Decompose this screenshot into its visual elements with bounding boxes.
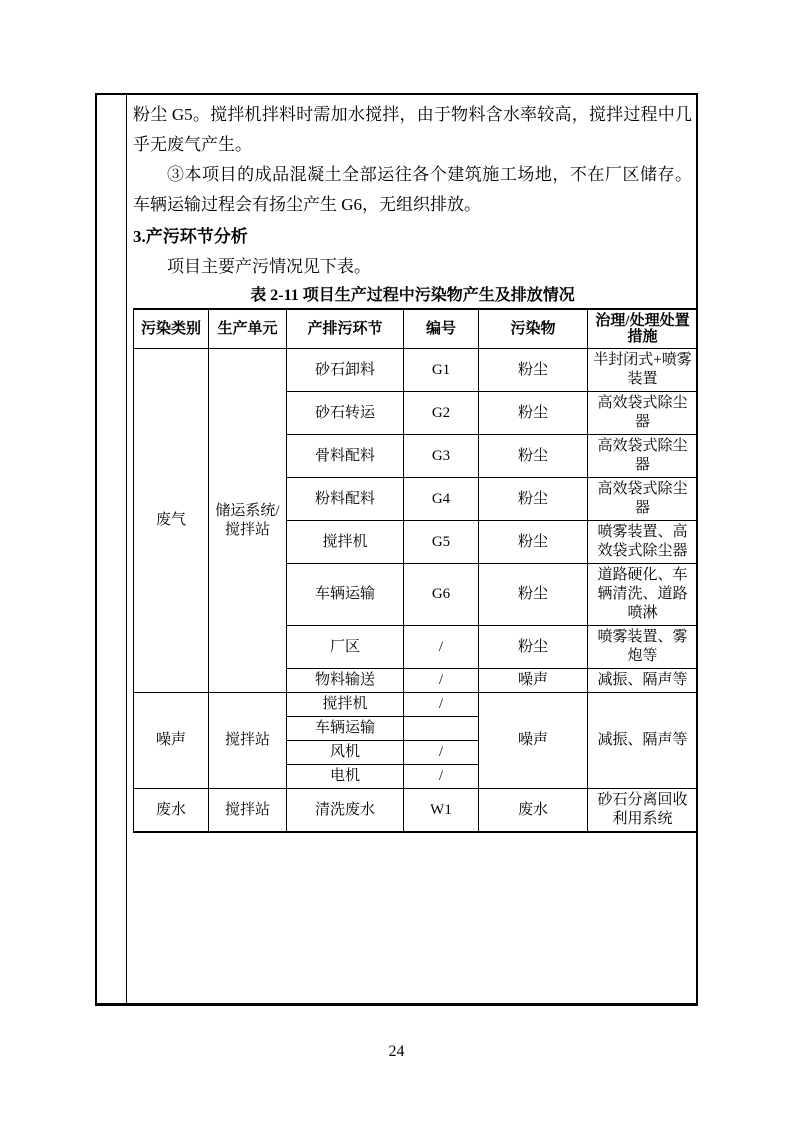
table-row: 废水搅拌站清洗废水W1废水砂石分离回收利用系统 <box>134 789 697 833</box>
table-cell: 噪声 <box>479 693 588 789</box>
paragraph-concrete-transport: ③本项目的成品混凝土全部运往各个建筑施工场地，不在厂区储存。车辆运输过程会有扬尘… <box>133 160 692 220</box>
table-cell: 粉尘 <box>479 564 588 626</box>
column-header: 治理/处理处置措施 <box>588 309 697 349</box>
table-cell: 搅拌站 <box>209 693 287 789</box>
table-cell: 废气 <box>134 349 209 693</box>
content-area: 粉尘 G5。搅拌机拌料时需加水搅拌，由于物料含水率较高，搅拌过程中几乎无废气产生… <box>127 95 696 1003</box>
table-cell: 高效袋式除尘器 <box>588 478 697 521</box>
table-cell: G4 <box>404 478 479 521</box>
table-cell <box>404 717 479 741</box>
table-cell: G2 <box>404 392 479 435</box>
column-header: 编号 <box>404 309 479 349</box>
table-cell: 噪声 <box>479 669 588 693</box>
page-frame: 粉尘 G5。搅拌机拌料时需加水搅拌，由于物料含水率较高，搅拌过程中几乎无废气产生… <box>95 93 698 1006</box>
table-cell: 厂区 <box>287 626 404 669</box>
table-cell: 搅拌机 <box>287 693 404 717</box>
table-cell: / <box>404 693 479 717</box>
column-header: 生产单元 <box>209 309 287 349</box>
table-cell: 高效袋式除尘器 <box>588 435 697 478</box>
table-cell: 减振、隔声等 <box>588 669 697 693</box>
table-cell: 粉尘 <box>479 349 588 392</box>
table-cell: / <box>404 741 479 765</box>
table-cell: 搅拌机 <box>287 521 404 564</box>
table-cell: 车辆运输 <box>287 564 404 626</box>
table-body: 废气储运系统/搅拌站砂石卸料G1粉尘半封闭式+喷雾装置砂石转运G2粉尘高效袋式除… <box>134 349 697 833</box>
table-cell: / <box>404 669 479 693</box>
table-cell: 物料输送 <box>287 669 404 693</box>
table-cell: 粉尘 <box>479 626 588 669</box>
paragraph-dust-g5: 粉尘 G5。搅拌机拌料时需加水搅拌，由于物料含水率较高，搅拌过程中几乎无废气产生… <box>133 100 692 160</box>
table-cell: 粉料配料 <box>287 478 404 521</box>
column-header: 污染类别 <box>134 309 209 349</box>
table-cell: 粉尘 <box>479 478 588 521</box>
document-page: 粉尘 G5。搅拌机拌料时需加水搅拌，由于物料含水率较高，搅拌过程中几乎无废气产生… <box>0 0 793 1122</box>
table-cell: 搅拌站 <box>209 789 287 833</box>
table-cell: 砂石转运 <box>287 392 404 435</box>
table-cell: 清洗废水 <box>287 789 404 833</box>
table-cell: 风机 <box>287 741 404 765</box>
table-cell: G5 <box>404 521 479 564</box>
table-cell: 粉尘 <box>479 435 588 478</box>
table-cell: 喷雾装置、雾炮等 <box>588 626 697 669</box>
table-cell: 喷雾装置、高效袋式除尘器 <box>588 521 697 564</box>
table-cell: G3 <box>404 435 479 478</box>
table-row: 废气储运系统/搅拌站砂石卸料G1粉尘半封闭式+喷雾装置 <box>134 349 697 392</box>
section-heading: 3.产污环节分析 <box>133 222 692 252</box>
table-cell: 粉尘 <box>479 392 588 435</box>
table-cell: 骨料配料 <box>287 435 404 478</box>
table-cell: 道路硬化、车辆清洗、道路喷淋 <box>588 564 697 626</box>
table-cell: / <box>404 765 479 789</box>
table-cell: 噪声 <box>134 693 209 789</box>
lead-in-text: 项目主要产污情况见下表。 <box>133 252 692 282</box>
table-cell: 减振、隔声等 <box>588 693 697 789</box>
table-cell: G1 <box>404 349 479 392</box>
page-number: 24 <box>0 1042 793 1062</box>
left-margin-column <box>97 95 127 1003</box>
table-caption: 表 2-11 项目生产过程中污染物产生及排放情况 <box>133 285 692 307</box>
table-header-row: 污染类别生产单元产排污环节编号污染物治理/处理处置措施 <box>134 309 697 349</box>
table-cell: 电机 <box>287 765 404 789</box>
table-cell: / <box>404 626 479 669</box>
table-row: 噪声搅拌站搅拌机/噪声减振、隔声等 <box>134 693 697 717</box>
table-cell: 车辆运输 <box>287 717 404 741</box>
pollution-table: 污染类别生产单元产排污环节编号污染物治理/处理处置措施 废气储运系统/搅拌站砂石… <box>133 308 696 833</box>
table-cell: 半封闭式+喷雾装置 <box>588 349 697 392</box>
table-cell: 砂石卸料 <box>287 349 404 392</box>
table-cell: 废水 <box>134 789 209 833</box>
table-cell: W1 <box>404 789 479 833</box>
table-cell: G6 <box>404 564 479 626</box>
column-header: 产排污环节 <box>287 309 404 349</box>
column-header: 污染物 <box>479 309 588 349</box>
table-cell: 废水 <box>479 789 588 833</box>
table-cell: 粉尘 <box>479 521 588 564</box>
table-cell: 储运系统/搅拌站 <box>209 349 287 693</box>
table-cell: 砂石分离回收利用系统 <box>588 789 697 833</box>
table-cell: 高效袋式除尘器 <box>588 392 697 435</box>
